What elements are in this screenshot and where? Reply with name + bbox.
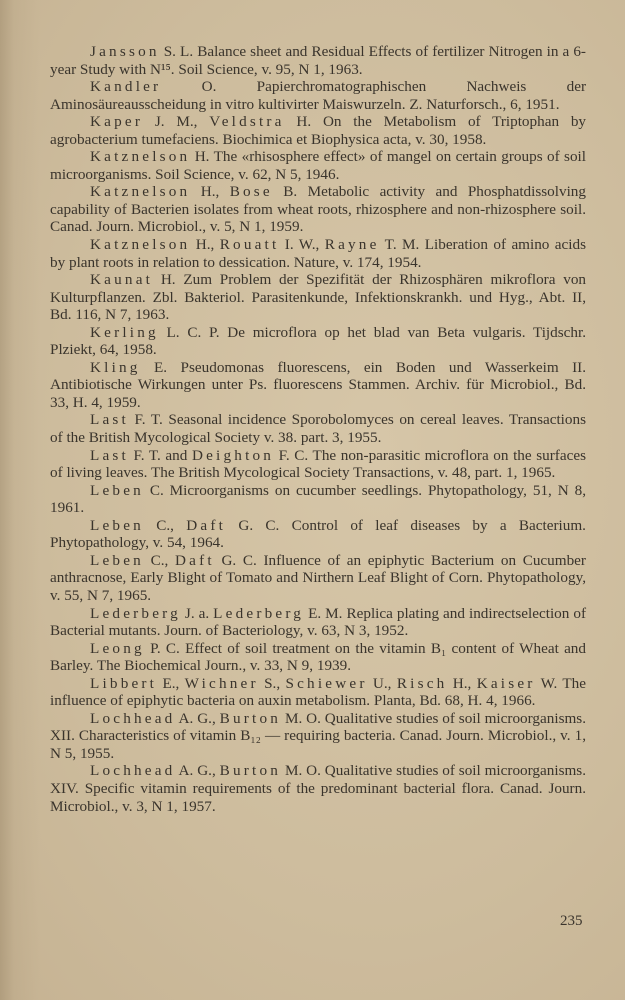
author-name: Lochhead	[90, 710, 175, 727]
bibliography-entry: Last F. T. and Deighton F. C. The non-pa…	[50, 447, 586, 482]
bibliography-entry: Kerling L. C. P. De microflora op het bl…	[50, 324, 586, 359]
author-name: Katznelson	[90, 148, 190, 165]
author-initials: H.,	[190, 183, 229, 200]
bibliography-entry: Leben C. Microorganisms on cucumber seed…	[50, 482, 586, 517]
author-initials: S.,	[259, 675, 286, 692]
author-initials: P. C.	[145, 640, 180, 657]
bibliography-entry: Kaunat H. Zum Problem der Spezifität der…	[50, 271, 586, 324]
author-initials: C.,	[144, 517, 186, 534]
bibliography-entry: Jansson S. L. Balance sheet and Residual…	[50, 43, 586, 78]
author-initials: E.	[141, 359, 168, 376]
author-name: Katznelson	[90, 236, 190, 253]
author-initials: J. a.	[181, 605, 213, 622]
author-name: Risch	[397, 675, 448, 692]
author-name: Daft	[175, 552, 215, 569]
author-initials: G. C.	[215, 552, 257, 569]
author-name: Jansson	[90, 43, 160, 60]
author-initials: H.	[153, 271, 176, 288]
author-initials: U.,	[368, 675, 397, 692]
author-initials: L. C. P.	[159, 324, 220, 341]
author-name: Leben	[90, 517, 144, 534]
author-name: Kling	[90, 359, 141, 376]
author-name: Kerling	[90, 324, 159, 341]
author-initials: W.	[536, 675, 558, 692]
author-name: Daft	[186, 517, 226, 534]
bibliography-entry: Leben C., Daft G. C. Influence of an epi…	[50, 552, 586, 605]
author-initials: J. M.,	[143, 113, 209, 130]
author-name: Rayne	[325, 236, 380, 253]
author-name: Katznelson	[90, 183, 190, 200]
author-initials: A. G.,	[175, 762, 219, 779]
author-initials: T. M.	[380, 236, 420, 253]
author-initials: E. M.	[304, 605, 342, 622]
bibliography-entry: Katznelson H., Bose B. Metabolic activit…	[50, 183, 586, 236]
author-name: Kandler	[90, 78, 161, 95]
author-initials: S. L.	[160, 43, 193, 60]
author-initials: H.,	[447, 675, 476, 692]
bibliography-entry: Kling E. Pseudomonas fluorescens, ein Bo…	[50, 359, 586, 412]
author-name: Schiewer	[285, 675, 367, 692]
bibliography-entry: Leben C., Daft G. C. Control of leaf dis…	[50, 517, 586, 552]
author-initials: M. O.	[281, 710, 321, 727]
bibliography-entry: Lochhead A. G., Burton M. O. Qualitative…	[50, 762, 586, 815]
author-name: Leben	[90, 482, 144, 499]
bibliography-entry: Leong P. C. Effect of soil treatment on …	[50, 640, 586, 675]
author-initials: G. C.	[226, 517, 279, 534]
author-initials: M. O.	[281, 762, 321, 779]
book-page: Jansson S. L. Balance sheet and Residual…	[0, 0, 625, 1000]
page-number: 235	[560, 913, 583, 930]
author-initials: E.,	[157, 675, 185, 692]
author-name: Leben	[90, 552, 144, 569]
author-name: Lederberg	[213, 605, 304, 622]
bibliography-entry: Katznelson H., Rouatt I. W., Rayne T. M.…	[50, 236, 586, 271]
author-name: Last	[90, 447, 129, 464]
author-name: Wichner	[185, 675, 259, 692]
author-initials: H.	[285, 113, 312, 130]
author-name: Burton	[220, 762, 281, 779]
author-name: Bose	[230, 183, 273, 200]
author-name: Veldstra	[209, 113, 284, 130]
author-name: Kaper	[90, 113, 143, 130]
author-name: Lederberg	[90, 605, 181, 622]
author-initials: H.,	[190, 236, 219, 253]
author-initials: F. C.	[274, 447, 308, 464]
author-initials: F. T.	[129, 411, 163, 428]
author-name: Kaiser	[477, 675, 536, 692]
bibliography-entry: Lochhead A. G., Burton M. O. Qualitative…	[50, 710, 586, 763]
author-name: Kaunat	[90, 271, 153, 288]
bibliography-list: Jansson S. L. Balance sheet and Residual…	[50, 43, 586, 815]
author-name: Rouatt	[220, 236, 280, 253]
bibliography-entry: Kandler O. Papierchromatographischen Nac…	[50, 78, 586, 113]
bibliography-entry: Kaper J. M., Veldstra H. On the Metaboli…	[50, 113, 586, 148]
author-initials: O.	[161, 78, 216, 95]
bibliography-entry: Libbert E., Wichner S., Schiewer U., Ris…	[50, 675, 586, 710]
author-name: Lochhead	[90, 762, 175, 779]
bibliography-entry: Katznelson H. The «rhisosphere effect» o…	[50, 148, 586, 183]
author-initials: B.	[273, 183, 297, 200]
bibliography-entry: Lederberg J. a. Lederberg E. M. Replica …	[50, 605, 586, 640]
author-name: Libbert	[90, 675, 157, 692]
author-name: Last	[90, 411, 129, 428]
author-initials: C.,	[144, 552, 175, 569]
author-name: Burton	[220, 710, 281, 727]
author-initials: C.	[144, 482, 164, 499]
author-initials: H.	[190, 148, 209, 165]
author-initials: A. G.,	[175, 710, 219, 727]
author-name: Deighton	[192, 447, 274, 464]
author-initials: F. T. and	[129, 447, 192, 464]
author-name: Leong	[90, 640, 145, 657]
bibliography-entry: Last F. T. Seasonal incidence Sporobolom…	[50, 411, 586, 446]
author-initials: I. W.,	[279, 236, 324, 253]
